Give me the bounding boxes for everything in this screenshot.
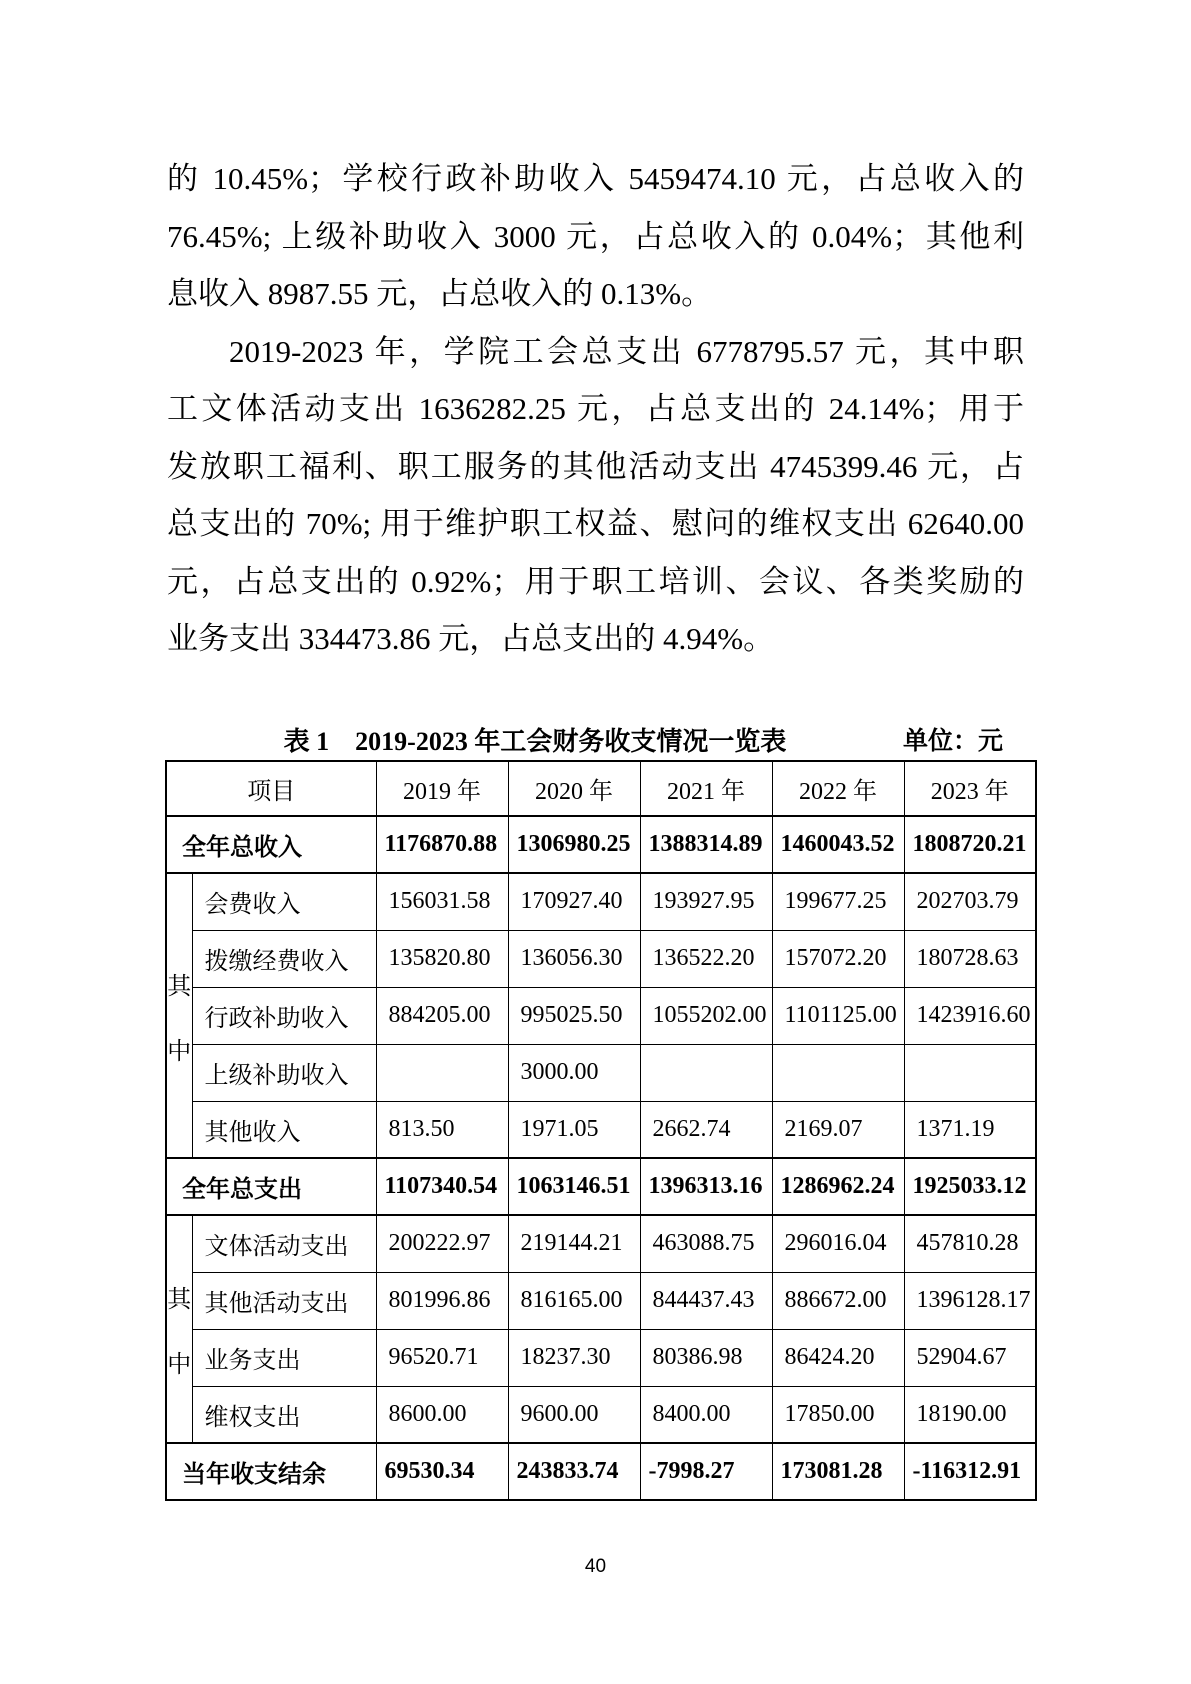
header-year-2019: 2019 年 (376, 761, 508, 816)
cell-value: 1063146.51 (508, 1158, 640, 1215)
row-label: 当年收支结余 (166, 1443, 376, 1500)
cell-value: 8400.00 (640, 1386, 772, 1443)
cell-value (376, 1044, 508, 1101)
cell-value: 1396128.17 (904, 1272, 1036, 1329)
row-business-expenditure: 业务支出 96520.71 18237.30 80386.98 86424.20… (166, 1329, 1036, 1386)
paragraph-1-line-3: 息收入 8987.55 元，占总收入的 0.13%。 (167, 265, 1024, 323)
cell-value: 69530.34 (376, 1443, 508, 1500)
cell-value: 296016.04 (772, 1215, 904, 1272)
cell-value: 886672.00 (772, 1272, 904, 1329)
cell-value: 844437.43 (640, 1272, 772, 1329)
group-label-income-breakdown: 其 中 (166, 873, 192, 1158)
cell-value: 199677.25 (772, 873, 904, 930)
row-label: 会费收入 (192, 873, 376, 930)
cell-value: 463088.75 (640, 1215, 772, 1272)
table-unit-label: 单位：元 (903, 724, 1003, 760)
cell-value: 457810.28 (904, 1215, 1036, 1272)
cell-value: 52904.67 (904, 1329, 1036, 1386)
cell-value: 1286962.24 (772, 1158, 904, 1215)
cell-value: 243833.74 (508, 1443, 640, 1500)
row-label: 上级补助收入 (192, 1044, 376, 1101)
row-label: 全年总支出 (166, 1158, 376, 1215)
row-label: 其他活动支出 (192, 1272, 376, 1329)
page-number: 40 (0, 1556, 1191, 1578)
cell-value: 170927.40 (508, 873, 640, 930)
group-char: 中 (167, 1344, 191, 1379)
document-page: 的 10.45%；学校行政补助收入 5459474.10 元，占总收入的 76.… (0, 0, 1191, 1684)
cell-value: 18190.00 (904, 1386, 1036, 1443)
row-label: 行政补助收入 (192, 987, 376, 1044)
cell-value: 180728.63 (904, 930, 1036, 987)
row-superior-subsidy-income: 上级补助收入 3000.00 (166, 1044, 1036, 1101)
cell-value: 96520.71 (376, 1329, 508, 1386)
paragraph-1-line-1: 的 10.45%；学校行政补助收入 5459474.10 元，占总收入的 (167, 150, 1024, 208)
cell-value: 1460043.52 (772, 816, 904, 873)
cell-value: 80386.98 (640, 1329, 772, 1386)
header-item-cell: 项目 (166, 761, 376, 816)
cell-value: 18237.30 (508, 1329, 640, 1386)
table-header-row: 项目 2019 年 2020 年 2021 年 2022 年 2023 年 (166, 761, 1036, 816)
cell-value: 884205.00 (376, 987, 508, 1044)
cell-value: 1306980.25 (508, 816, 640, 873)
finance-table: 项目 2019 年 2020 年 2021 年 2022 年 2023 年 全年… (165, 760, 1037, 1501)
cell-value: 219144.21 (508, 1215, 640, 1272)
row-other-activity-expenditure: 其他活动支出 801996.86 816165.00 844437.43 886… (166, 1272, 1036, 1329)
cell-value: 801996.86 (376, 1272, 508, 1329)
body-text: 的 10.45%；学校行政补助收入 5459474.10 元，占总收入的 76.… (167, 150, 1024, 668)
group-char: 其 (167, 966, 191, 1001)
cell-value: 2662.74 (640, 1101, 772, 1158)
cell-value: 200222.97 (376, 1215, 508, 1272)
cell-value: 813.50 (376, 1101, 508, 1158)
cell-value: 1423916.60 (904, 987, 1036, 1044)
cell-value: -7998.27 (640, 1443, 772, 1500)
row-rights-protection-expenditure: 维权支出 8600.00 9600.00 8400.00 17850.00 18… (166, 1386, 1036, 1443)
cell-value: 1388314.89 (640, 816, 772, 873)
row-annual-balance: 当年收支结余 69530.34 243833.74 -7998.27 17308… (166, 1443, 1036, 1500)
cell-value: 1925033.12 (904, 1158, 1036, 1215)
row-allocated-funds-income: 拨缴经费收入 135820.80 136056.30 136522.20 157… (166, 930, 1036, 987)
cell-value: 193927.95 (640, 873, 772, 930)
row-label: 维权支出 (192, 1386, 376, 1443)
cell-value: 1107340.54 (376, 1158, 508, 1215)
cell-value: 1101125.00 (772, 987, 904, 1044)
cell-value: 136522.20 (640, 930, 772, 987)
row-label: 文体活动支出 (192, 1215, 376, 1272)
group-char: 中 (167, 1031, 191, 1066)
table-caption: 表 1 2019-2023 年工会财务收支情况一览表 单位：元 (165, 724, 1035, 760)
cell-value (904, 1044, 1036, 1101)
group-char: 其 (167, 1279, 191, 1314)
paragraph-2-line-4: 总支出的 70%; 用于维护职工权益、慰问的维权支出 62640.00 (167, 495, 1024, 553)
cell-value: 2169.07 (772, 1101, 904, 1158)
paragraph-2-line-1: 2019-2023 年，学院工会总支出 6778795.57 元，其中职 (167, 323, 1024, 381)
header-year-2022: 2022 年 (772, 761, 904, 816)
group-label-expenditure-breakdown: 其 中 (166, 1215, 192, 1443)
cell-value: 816165.00 (508, 1272, 640, 1329)
paragraph-2-line-2: 工文体活动支出 1636282.25 元，占总支出的 24.14%；用于 (167, 380, 1024, 438)
row-total-income: 全年总收入 1176870.88 1306980.25 1388314.89 1… (166, 816, 1036, 873)
cell-value: 3000.00 (508, 1044, 640, 1101)
cell-value: -116312.91 (904, 1443, 1036, 1500)
cell-value: 1396313.16 (640, 1158, 772, 1215)
row-other-income: 其他收入 813.50 1971.05 2662.74 2169.07 1371… (166, 1101, 1036, 1158)
row-label: 业务支出 (192, 1329, 376, 1386)
paragraph-2-line-5: 元，占总支出的 0.92%；用于职工培训、会议、各类奖励的 (167, 553, 1024, 611)
paragraph-2-line-3: 发放职工福利、职工服务的其他活动支出 4745399.46 元，占 (167, 438, 1024, 496)
cell-value: 1371.19 (904, 1101, 1036, 1158)
row-membership-fee-income: 其 中 会费收入 156031.58 170927.40 193927.95 1… (166, 873, 1036, 930)
header-year-2021: 2021 年 (640, 761, 772, 816)
cell-value: 995025.50 (508, 987, 640, 1044)
header-year-2020: 2020 年 (508, 761, 640, 816)
cell-value: 135820.80 (376, 930, 508, 987)
table-title: 表 1 2019-2023 年工会财务收支情况一览表 (165, 724, 905, 760)
row-label: 全年总收入 (166, 816, 376, 873)
cell-value: 1808720.21 (904, 816, 1036, 873)
cell-value: 156031.58 (376, 873, 508, 930)
cell-value (772, 1044, 904, 1101)
cell-value: 202703.79 (904, 873, 1036, 930)
paragraph-1-line-2: 76.45%; 上级补助收入 3000 元，占总收入的 0.04%；其他利 (167, 208, 1024, 266)
row-admin-subsidy-income: 行政补助收入 884205.00 995025.50 1055202.00 11… (166, 987, 1036, 1044)
cell-value: 17850.00 (772, 1386, 904, 1443)
row-total-expenditure: 全年总支出 1107340.54 1063146.51 1396313.16 1… (166, 1158, 1036, 1215)
cell-value: 1176870.88 (376, 816, 508, 873)
header-year-2023: 2023 年 (904, 761, 1036, 816)
cell-value: 173081.28 (772, 1443, 904, 1500)
cell-value: 9600.00 (508, 1386, 640, 1443)
cell-value: 1971.05 (508, 1101, 640, 1158)
row-cultural-sports-expenditure: 其 中 文体活动支出 200222.97 219144.21 463088.75… (166, 1215, 1036, 1272)
cell-value (640, 1044, 772, 1101)
cell-value: 157072.20 (772, 930, 904, 987)
row-label: 拨缴经费收入 (192, 930, 376, 987)
cell-value: 136056.30 (508, 930, 640, 987)
paragraph-2-line-6: 业务支出 334473.86 元，占总支出的 4.94%。 (167, 610, 1024, 668)
cell-value: 8600.00 (376, 1386, 508, 1443)
cell-value: 86424.20 (772, 1329, 904, 1386)
row-label: 其他收入 (192, 1101, 376, 1158)
cell-value: 1055202.00 (640, 987, 772, 1044)
